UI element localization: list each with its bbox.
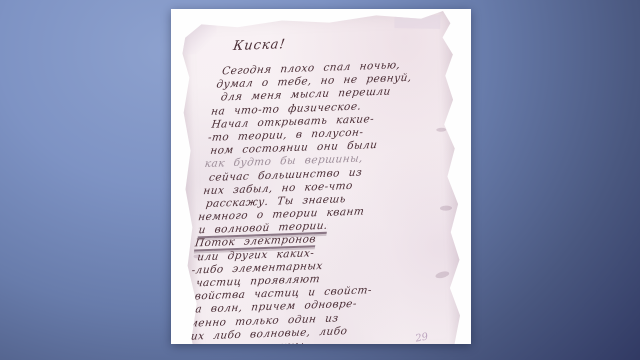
page-mark: 29 xyxy=(415,332,429,344)
handwritten-letter: Киска! Сегодня плохо спал ночью,думал о … xyxy=(176,9,466,344)
paper-corner-fold xyxy=(182,24,217,55)
paper-tape-strip xyxy=(394,14,440,29)
photo-frame: Киска! Сегодня плохо спал ночью,думал о … xyxy=(171,9,471,344)
letter-body: Сегодня плохо спал ночью,думал о тебе, н… xyxy=(181,57,465,344)
letter-salutation: Киска! xyxy=(232,37,287,54)
